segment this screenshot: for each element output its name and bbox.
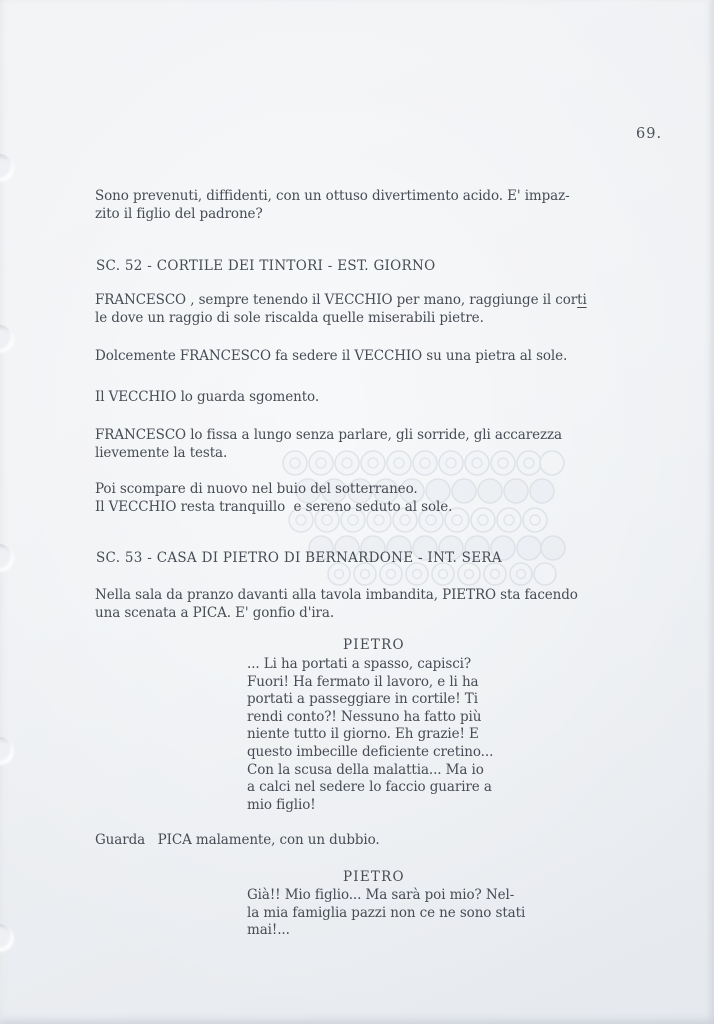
action-line: Poi scompare di nuovo nel buio del sotte… [95,481,452,499]
action-line: Nella sala da pranzo davanti alla tavola… [95,587,578,605]
dialogue-line: mio figlio! [247,797,493,815]
dialogue-line: Già!! Mio figlio... Ma sarà poi mio? Nel… [247,887,525,905]
action-line: Il VECCHIO resta tranquillo e sereno sed… [95,499,452,517]
dialogue-line: questo imbecille deficiente cretino... [247,744,493,762]
action-line: Dolcemente FRANCESCO fa sedere il VECCHI… [95,348,567,366]
scene-heading-53: SC. 53 - CASA DI PIETRO DI BERNARDONE - … [96,550,502,568]
action-line: Il VECCHIO lo guarda sgomento. [95,389,319,407]
punch-hole [0,737,13,764]
hyphenation-underline: ti [577,292,587,308]
scene-heading-52: SC. 52 - CORTILE DEI TINTORI - EST. GIOR… [96,258,435,276]
character-cue: PIETRO [343,637,405,655]
action-line-text: FRANCESCO , sempre tenendo il VECCHIO pe… [95,292,577,308]
action-line: Sono prevenuti, diffidenti, con un ottus… [95,188,570,206]
dialogue-line: rendi conto?! Nessuno ha fatto più [247,709,493,727]
action-line: Guarda PICA malamente, con un dubbio. [95,832,380,850]
dialogue-block: ... Li ha portati a spasso, capisci? Fuo… [247,656,493,814]
dialogue-line: Con la scusa della malattia... Ma io [247,762,493,780]
action-paragraph: Dolcemente FRANCESCO fa sedere il VECCHI… [95,348,567,366]
punch-hole [0,154,13,181]
action-line: FRANCESCO lo fissa a lungo senza parlare… [95,427,562,445]
dialogue-line: ... Li ha portati a spasso, capisci? [247,656,493,674]
action-line: lievemente la testa. [95,445,562,463]
action-paragraph: FRANCESCO lo fissa a lungo senza parlare… [95,427,562,462]
character-cue: PIETRO [343,869,405,887]
action-paragraph: Guarda PICA malamente, con un dubbio. [95,832,380,850]
action-line: una scenata a PICA. E' gonfio d'ira. [95,605,578,623]
action-paragraph: FRANCESCO , sempre tenendo il VECCHIO pe… [95,292,587,327]
action-paragraph: Poi scompare di nuovo nel buio del sotte… [95,481,452,516]
dialogue-line: Fuori! Ha fermato il lavoro, e li ha [247,674,493,692]
punch-hole [0,544,13,571]
embossed-watermark [281,447,566,589]
dialogue-line: la mia famiglia pazzi non ce ne sono sta… [247,905,525,923]
action-paragraph: Il VECCHIO lo guarda sgomento. [95,389,319,407]
action-paragraph: Sono prevenuti, diffidenti, con un ottus… [95,188,570,223]
page-number: 69. [636,126,662,142]
dialogue-line: mai!... [247,922,525,940]
action-line: zito il figlio del padrone? [95,206,570,224]
action-paragraph: Nella sala da pranzo davanti alla tavola… [95,587,578,622]
action-line: le dove un raggio di sole riscalda quell… [95,310,587,328]
dialogue-block: Già!! Mio figlio... Ma sarà poi mio? Nel… [247,887,525,940]
action-line: FRANCESCO , sempre tenendo il VECCHIO pe… [95,292,587,310]
dialogue-line: niente tutto il giorno. Eh grazie! E [247,726,493,744]
punch-hole [0,924,13,951]
punch-hole [0,325,13,352]
dialogue-line: a calci nel sedere lo faccio guarire a [247,779,493,797]
dialogue-line: portati a passeggiare in cortile! Ti [247,691,493,709]
script-page: 69. Sono prevenuti, diffidenti, con un o… [0,0,714,1024]
